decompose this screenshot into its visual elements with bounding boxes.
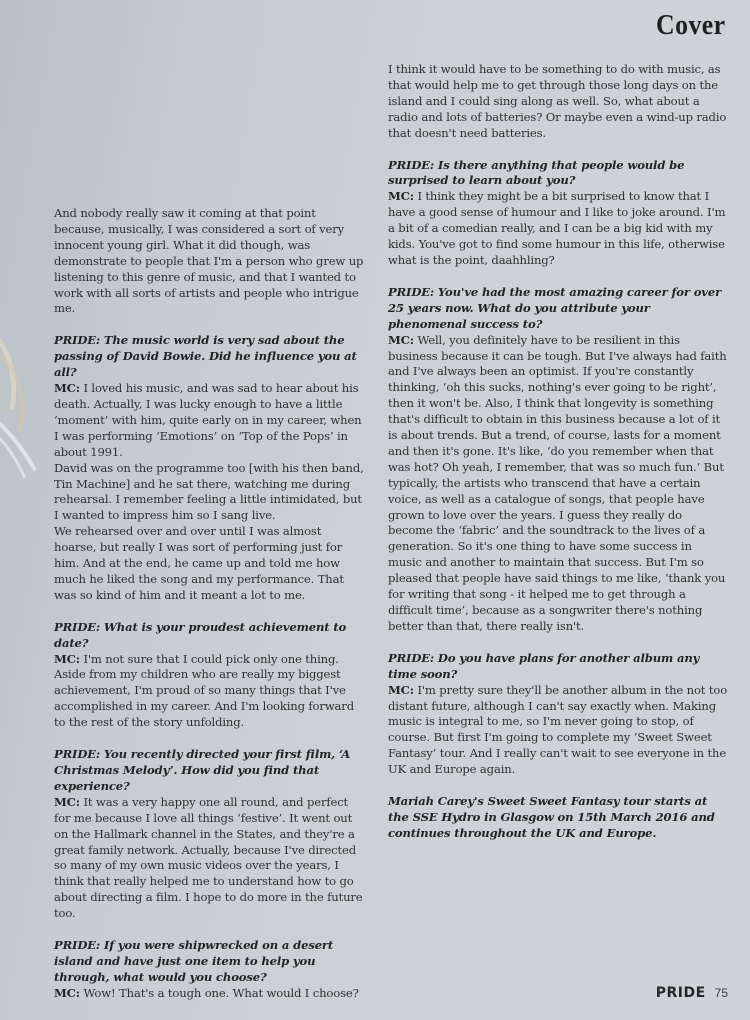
answer: MC: I loved his music, and was sad to he… — [54, 381, 366, 461]
qa-album: PRIDE: Do you have plans for another alb… — [388, 651, 728, 778]
answer-text: I'm pretty sure they'll be another album… — [388, 683, 727, 777]
question: PRIDE: If you were shipwrecked on a dese… — [54, 938, 366, 986]
qa-career: PRIDE: You've had the most amazing caree… — [388, 285, 728, 635]
right-column: I think it would have to be something to… — [388, 62, 728, 858]
page-number: 75 — [715, 986, 728, 1000]
question: PRIDE: Is there anything that people wou… — [388, 158, 728, 190]
answer-continued: David was on the programme too [with his… — [54, 461, 366, 525]
answer-label: MC: — [54, 381, 80, 395]
answer: MC: I'm pretty sure they'll be another a… — [388, 683, 728, 778]
intro-text: And nobody really saw it coming at that … — [54, 206, 366, 317]
answer-continued: We rehearsed over and over until I was a… — [54, 524, 366, 604]
question: PRIDE: You recently directed your first … — [54, 747, 366, 795]
question: PRIDE: You've had the most amazing caree… — [388, 285, 728, 333]
answer: MC: I think they might be a bit surprise… — [388, 189, 728, 269]
continuation-paragraph: I think it would have to be something to… — [388, 62, 728, 142]
question: PRIDE: What is your proudest achievement… — [54, 620, 366, 652]
qa-surprised: PRIDE: Is there anything that people wou… — [388, 158, 728, 269]
answer-label: MC: — [54, 986, 80, 1000]
page-footer: PRIDE 75 — [656, 985, 728, 1001]
qa-film: PRIDE: You recently directed your first … — [54, 747, 366, 922]
question: PRIDE: Do you have plans for another alb… — [388, 651, 728, 683]
answer-text: I loved his music, and was sad to hear a… — [54, 381, 362, 459]
feather-decoration — [0, 320, 60, 480]
answer-text: I think they might be a bit surprised to… — [388, 189, 725, 267]
qa-bowie: PRIDE: The music world is very sad about… — [54, 333, 366, 603]
answer: MC: Wow! That's a tough one. What would … — [54, 986, 366, 1002]
answer-label: MC: — [388, 189, 414, 203]
answer-label: MC: — [388, 333, 414, 347]
answer-label: MC: — [54, 795, 80, 809]
answer-text: Well, you definitely have to be resilien… — [388, 333, 727, 633]
answer: MC: It was a very happy one all round, a… — [54, 795, 366, 922]
closing-text: Mariah Carey's Sweet Sweet Fantasy tour … — [388, 794, 728, 842]
magazine-brand: PRIDE — [656, 985, 706, 1001]
answer-label: MC: — [54, 652, 80, 666]
section-title: Cover — [656, 10, 726, 42]
answer-label: MC: — [388, 683, 414, 697]
closing-note: Mariah Carey's Sweet Sweet Fantasy tour … — [388, 794, 728, 842]
continuation-text: I think it would have to be something to… — [388, 62, 728, 142]
left-column: And nobody really saw it coming at that … — [54, 206, 366, 1018]
answer: MC: I'm not sure that I could pick only … — [54, 652, 366, 732]
intro-paragraph: And nobody really saw it coming at that … — [54, 206, 366, 317]
answer-text: I'm not sure that I could pick only one … — [54, 652, 354, 730]
qa-proudest: PRIDE: What is your proudest achievement… — [54, 620, 366, 731]
answer-text: It was a very happy one all round, and p… — [54, 795, 362, 920]
qa-desert-island: PRIDE: If you were shipwrecked on a dese… — [54, 938, 366, 1002]
question: PRIDE: The music world is very sad about… — [54, 333, 366, 381]
answer-text: Wow! That's a tough one. What would I ch… — [80, 986, 359, 1000]
answer: MC: Well, you definitely have to be resi… — [388, 333, 728, 635]
